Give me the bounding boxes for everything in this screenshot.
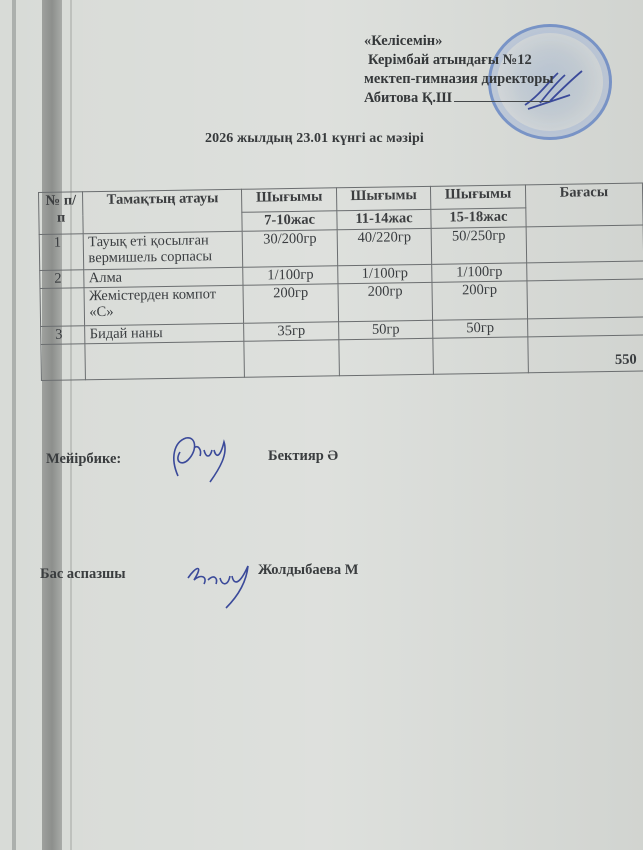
chef-signature-icon bbox=[180, 556, 260, 616]
portion-7-10: 1/100гр bbox=[243, 266, 338, 285]
header-age-3: 15-18жас bbox=[431, 208, 526, 228]
price bbox=[526, 261, 643, 281]
price bbox=[526, 225, 643, 263]
director-title: мектеп-гимназия директоры bbox=[364, 70, 554, 89]
portion-11-14: 1/100гр bbox=[338, 264, 433, 283]
header-number: № п/п bbox=[39, 192, 84, 235]
nurse-name: Бектияр Ә bbox=[268, 448, 338, 465]
row-number bbox=[40, 288, 85, 327]
approval-block: «Келісемін» Керімбай атындағы №12 мектеп… bbox=[364, 32, 554, 108]
dish-name: Жемістерден компот «С» bbox=[84, 285, 244, 325]
header-age-1: 7-10жас bbox=[242, 211, 337, 231]
nurse-signature-icon bbox=[160, 428, 240, 490]
menu-table: № п/п Тамақтың атауы Шығымы Шығымы Шығым… bbox=[38, 182, 643, 380]
row-number: 3 bbox=[41, 326, 86, 345]
empty-cell bbox=[41, 344, 86, 381]
signature-line bbox=[454, 101, 550, 102]
empty-cell bbox=[244, 340, 339, 377]
portion-15-18: 50/250гр bbox=[431, 227, 526, 264]
header-price: Бағасы bbox=[525, 183, 643, 227]
portion-15-18: 1/100гр bbox=[432, 263, 527, 282]
portion-7-10: 35гр bbox=[244, 322, 339, 341]
scanned-page: «Келісемін» Керімбай атындағы №12 мектеп… bbox=[0, 0, 643, 850]
portion-15-18: 200гр bbox=[432, 281, 527, 320]
director-name-line: Абитова Қ.Ш bbox=[364, 89, 554, 108]
empty-cell bbox=[85, 341, 244, 379]
header-portion-3: Шығымы bbox=[431, 185, 526, 209]
portion-7-10: 30/200гр bbox=[243, 230, 338, 267]
portion-7-10: 200гр bbox=[243, 284, 338, 323]
price bbox=[527, 317, 643, 337]
chef-label: Бас аспазшы bbox=[40, 566, 126, 583]
empty-cell bbox=[433, 337, 528, 374]
scan-streak bbox=[70, 0, 72, 850]
portion-11-14: 40/220гр bbox=[337, 228, 432, 265]
header-portion-1: Шығымы bbox=[242, 188, 337, 212]
header-age-2: 11-14жас bbox=[337, 209, 432, 229]
header-portion-2: Шығымы bbox=[336, 186, 431, 210]
total-price: 550 bbox=[528, 335, 643, 373]
portion-11-14: 200гр bbox=[338, 282, 433, 321]
director-name: Абитова Қ.Ш bbox=[364, 90, 452, 106]
portion-11-14: 50гр bbox=[338, 320, 433, 339]
header-dish-name: Тамақтың атауы bbox=[83, 189, 243, 233]
scan-streak bbox=[12, 0, 16, 850]
row-number: 1 bbox=[39, 234, 84, 271]
dish-name: Тауық еті қосылған вермишель сорпасы bbox=[84, 231, 243, 269]
scan-streak bbox=[42, 0, 62, 850]
chef-name: Жолдыбаева М bbox=[258, 562, 358, 579]
price bbox=[527, 279, 643, 319]
row-number: 2 bbox=[40, 270, 85, 289]
empty-cell bbox=[339, 338, 434, 375]
nurse-label: Мейірбике: bbox=[46, 451, 121, 468]
menu-title: 2026 жылдың 23.01 күнгі ас мәзірі bbox=[205, 131, 424, 147]
school-name: Керімбай атындағы №12 bbox=[364, 51, 554, 70]
portion-15-18: 50гр bbox=[433, 319, 528, 338]
approval-heading: «Келісемін» bbox=[364, 32, 554, 51]
